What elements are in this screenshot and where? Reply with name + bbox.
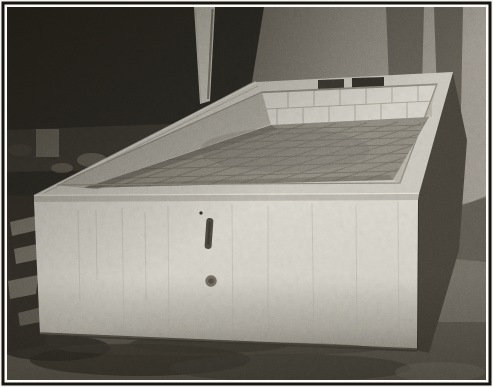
photo-canvas: [0, 0, 493, 387]
halftone-texture-overlay: [7, 7, 486, 380]
photo-content: [0, 7, 493, 382]
figure-photograph: [0, 0, 493, 387]
